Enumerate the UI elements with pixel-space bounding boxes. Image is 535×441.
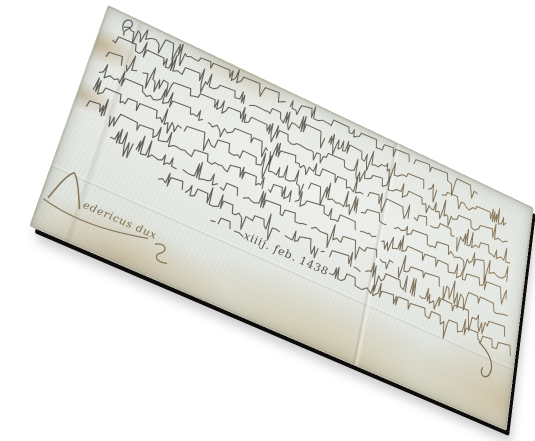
pen-flourishes <box>40 11 513 403</box>
manuscript-photo: xiiij. feb. 1438 edericus dux <box>0 0 535 441</box>
paper-sheet: xiiij. feb. 1438 edericus dux <box>29 5 533 431</box>
handwriting-line <box>106 123 509 330</box>
handwriting-line <box>102 43 509 256</box>
handwriting-svg: xiiij. feb. 1438 edericus dux <box>31 6 533 429</box>
handwriting-line <box>109 27 507 236</box>
handwriting-lines <box>64 13 529 367</box>
signature-tail-flourish <box>151 242 170 264</box>
signature-text: edericus dux <box>81 199 158 242</box>
date-paraph-flourish <box>475 342 494 379</box>
handwriting-line <box>95 59 512 275</box>
